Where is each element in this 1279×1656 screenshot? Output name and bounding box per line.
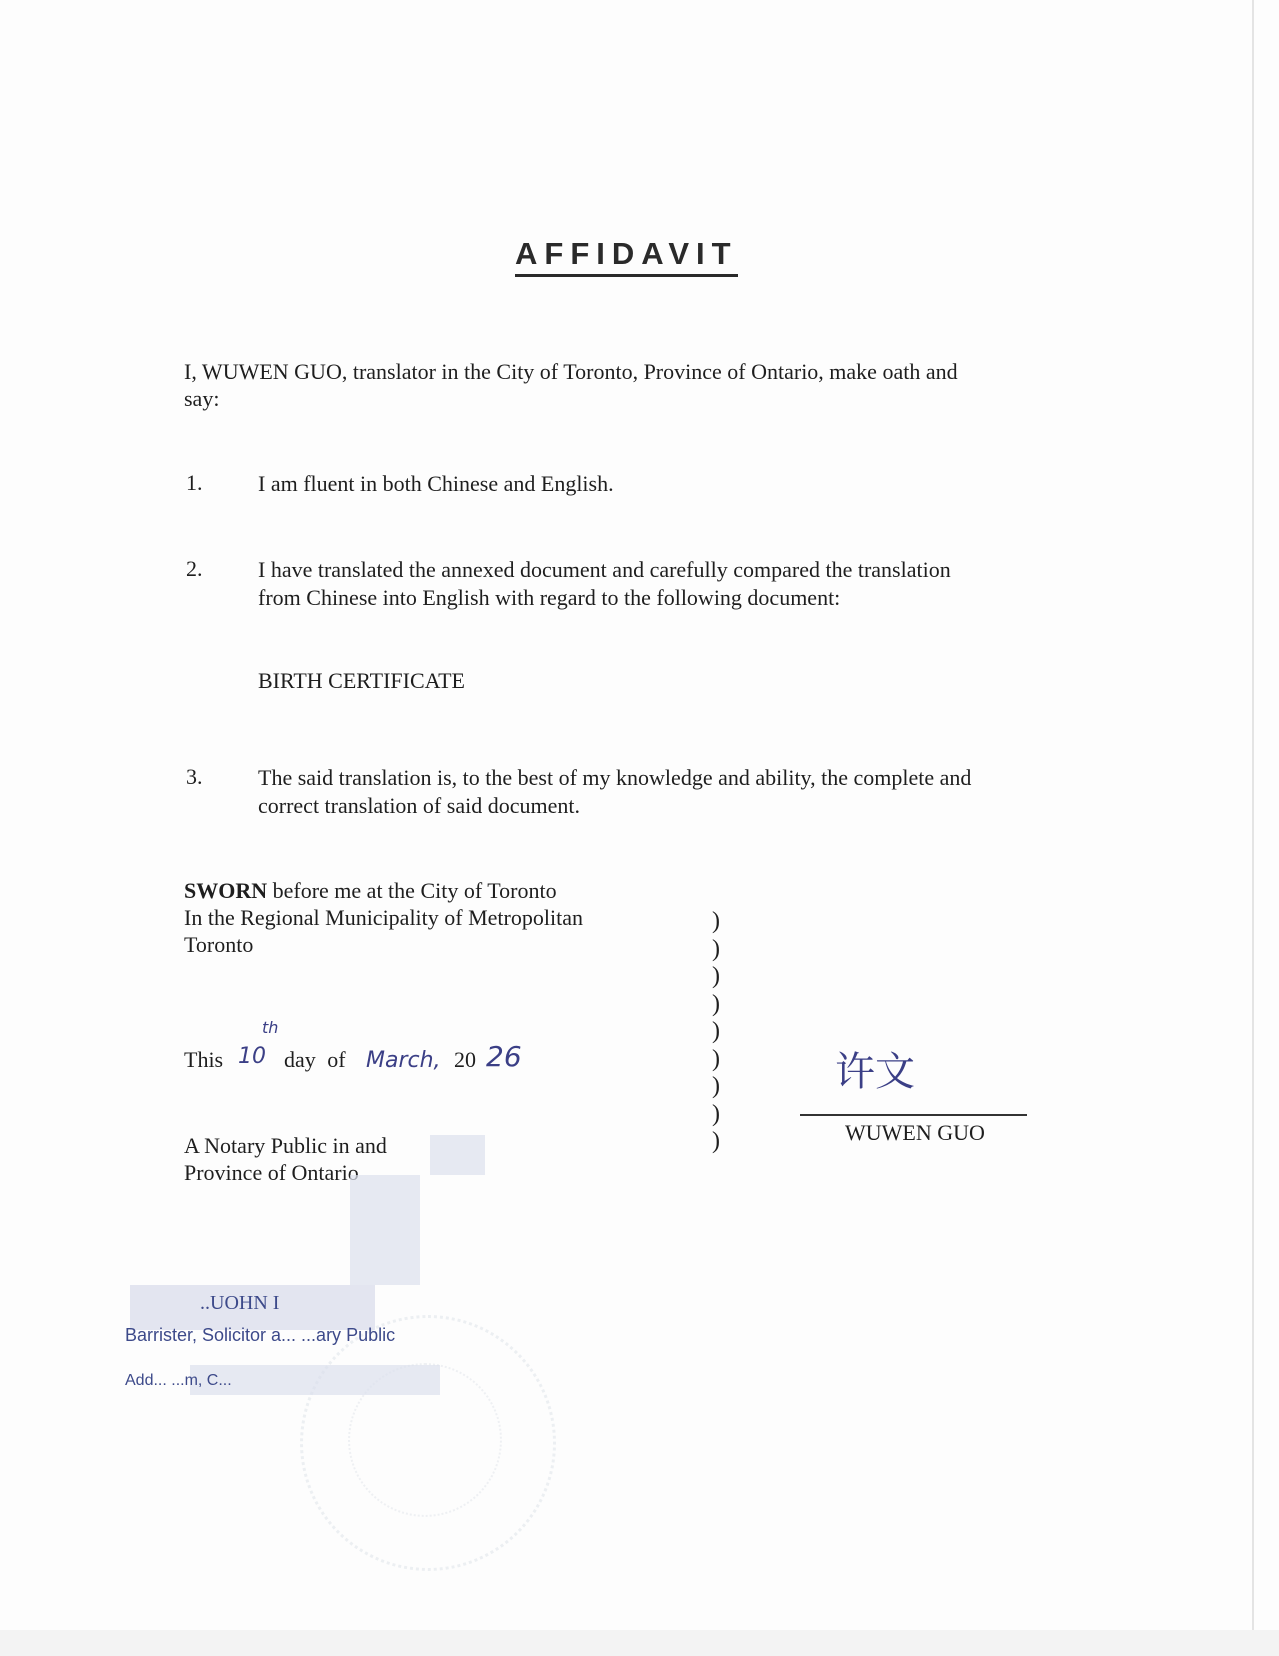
handwritten-signature: 许文 (835, 1040, 915, 1097)
item-1-text: I am fluent in both Chinese and English. (258, 470, 614, 497)
item-2-line-2: from Chinese into English with regard to… (258, 584, 840, 611)
parenthesis: ) (712, 1073, 720, 1100)
item-number-3: 3. (186, 764, 203, 790)
parenthesis: ) (712, 991, 720, 1018)
parenthesis: ) (712, 1128, 720, 1155)
handwritten-day: 10 (238, 1044, 266, 1069)
sworn-bold: SWORN (184, 878, 267, 903)
stamp-notary-title: Barrister, Solicitor a... ...ary Public (125, 1325, 395, 1346)
signatory-name: WUWEN GUO (845, 1120, 985, 1146)
parenthesis: ) (712, 1018, 720, 1045)
handwritten-month: March, (366, 1048, 441, 1073)
signature-line (800, 1114, 1027, 1116)
parenthesis: ) (712, 908, 720, 935)
stamp-address: Add... ...m, C... (125, 1372, 232, 1390)
parenthesis: ) (712, 1101, 720, 1128)
affidavit-page: AFFIDAVIT I, WUWEN GUO, translator in th… (0, 0, 1279, 1656)
parenthesis: ) (712, 963, 720, 990)
redaction-block (350, 1175, 420, 1285)
scan-bottom-band (0, 1630, 1279, 1656)
notary-line-1: A Notary Public in and (184, 1132, 387, 1159)
date-prefix: This (184, 1046, 223, 1073)
item-3-line-2: correct translation of said document. (258, 792, 580, 819)
handwritten-year: 26 (486, 1040, 522, 1073)
date-middle: day of (284, 1046, 346, 1073)
stamp-notary-name: ..UOHN I (200, 1292, 279, 1315)
sworn-line-3: Toronto (184, 931, 253, 958)
sworn-line-1-rest: before me at the City of Toronto (267, 878, 556, 903)
embossed-seal (300, 1315, 556, 1571)
document-title: AFFIDAVIT (515, 236, 738, 277)
redaction-block (430, 1135, 485, 1175)
item-2-line-1: I have translated the annexed document a… (258, 556, 951, 583)
translated-document-name: BIRTH CERTIFICATE (258, 667, 465, 694)
page-edge (1252, 0, 1254, 1630)
notary-line-2: Province of Ontario (184, 1159, 359, 1186)
item-3-line-1: The said translation is, to the best of … (258, 764, 971, 791)
item-number-1: 1. (186, 470, 203, 496)
handwritten-day-suffix: th (262, 1018, 278, 1037)
item-number-2: 2. (186, 556, 203, 582)
parenthesis: ) (712, 1046, 720, 1073)
sworn-line-2: In the Regional Municipality of Metropol… (184, 904, 583, 931)
intro-line-1: I, WUWEN GUO, translator in the City of … (184, 358, 958, 385)
intro-line-2: say: (184, 385, 219, 412)
parenthesis: ) (712, 936, 720, 963)
year-printed: 20 (454, 1046, 476, 1073)
sworn-line-1: SWORN before me at the City of Toronto (184, 877, 557, 904)
